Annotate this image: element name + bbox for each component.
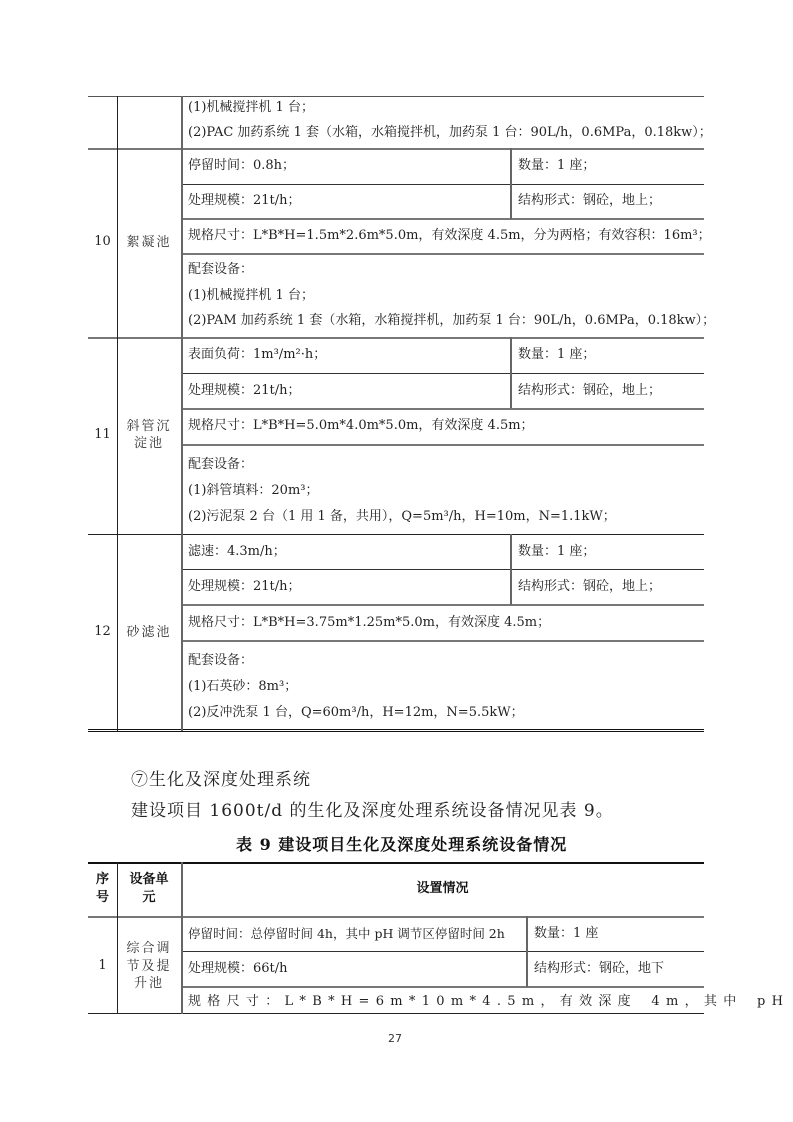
row-divider [181, 640, 704, 642]
row-divider [181, 218, 704, 220]
table-title: 表 9 建设项目生化及深度处理系统设备情况 [236, 832, 567, 855]
row-divider [181, 184, 704, 185]
equip-item: (2)污泥泵 2 台（1 用 1 备，共用），Q=5m³/h，H=10m，N=1… [188, 508, 616, 526]
equip-item: (1)机械搅拌机 1 台； [188, 287, 314, 305]
header-no-line2: 号 [88, 889, 117, 907]
quantity: 数量：1 座； [518, 346, 595, 364]
equip-item: (1)石英砂：8m³； [188, 678, 297, 696]
structure: 结构形式：钢砼，地上； [518, 578, 661, 596]
capacity: 处理规模：21t/h； [188, 382, 301, 400]
unit-name-line3: 升池 [117, 975, 181, 992]
unit-name-line1: 斜管沉 [117, 418, 181, 435]
capacity: 处理规模：21t/h； [188, 578, 301, 596]
equip-item: (1)斜管填料：20m³； [188, 482, 319, 500]
col-divider [510, 148, 512, 219]
section-paragraph: 建设项目 1600t/d 的生化及深度处理系统设备情况见表 9。 [131, 796, 614, 821]
row-number: 1 [88, 958, 117, 973]
spec: 规格尺寸：L*B*H=3.75m*1.25m*5.0m，有效深度 4.5m； [188, 614, 550, 632]
structure: 结构形式：钢砼，地上； [518, 382, 661, 400]
quantity: 数量：1 座； [518, 543, 595, 561]
spec: 规格尺寸：L*B*H=5.0m*4.0m*5.0m，有效深度 4.5m； [188, 417, 534, 435]
header-unit-line1: 设备单 [117, 871, 181, 889]
quantity: 数量：1 座 [534, 925, 598, 943]
equip-title: 配套设备： [188, 261, 253, 279]
row-number: 11 [88, 427, 117, 442]
equip-title: 配套设备： [188, 456, 253, 474]
equip-item: (2)PAC 加药系统 1 套（水箱，水箱搅拌机，加药泵 1 台：90L/h，0… [188, 124, 712, 142]
header-no-line1: 序 [88, 871, 117, 889]
row-divider [181, 569, 704, 570]
quantity: 数量：1 座； [518, 157, 595, 175]
surface-load: 表面负荷：1m³/m²·h； [188, 346, 326, 364]
row-number: 10 [88, 234, 117, 249]
row-divider [181, 604, 704, 606]
col-divider [510, 534, 512, 605]
filter-rate: 滤速：4.3m/h； [188, 543, 286, 561]
retention-time: 停留时间：0.8h； [188, 157, 295, 175]
unit-name: 砂滤池 [117, 624, 181, 641]
structure: 结构形式：钢砼，地上； [518, 192, 661, 210]
section-heading: ⑦生化及深度处理系统 [131, 765, 311, 790]
capacity: 处理规模：66t/h [188, 960, 288, 978]
capacity: 处理规模：21t/h； [188, 192, 301, 210]
spec: 规格尺寸：L*B*H=6m*10m*4.5m，有效深度 4m，其中 pH 调节区 [188, 993, 793, 1011]
header-unit-line2: 元 [117, 889, 181, 907]
row-divider [181, 986, 704, 988]
unit-name: 絮凝池 [117, 234, 181, 251]
retention-time: 停留时间：总停留时间 4h，其中 pH 调节区停留时间 2h [188, 925, 505, 943]
spec: 规格尺寸：L*B*H=1.5m*2.6m*5.0m，有效深度 4.5m，分为两格… [188, 227, 711, 245]
col-divider [526, 916, 528, 987]
row-divider [181, 444, 704, 446]
row-divider [181, 951, 704, 952]
row-divider [181, 373, 704, 374]
equip-item: (2)反冲洗泵 1 台，Q=60m³/h，H=12m，N=5.5kW； [188, 704, 524, 722]
page-number: 27 [388, 1032, 402, 1045]
unit-name-line1: 综合调 [117, 940, 181, 957]
equip-item: (1)机械搅拌机 1 台； [188, 99, 314, 117]
header-setting: 设置情况 [181, 880, 704, 898]
equip-title: 配套设备： [188, 652, 253, 670]
structure: 结构形式：钢砼，地下 [534, 960, 664, 978]
row-number: 12 [88, 624, 117, 639]
unit-name-line2: 淀池 [117, 435, 181, 452]
row-divider [181, 408, 704, 410]
col-divider [510, 337, 512, 408]
equip-item: (2)PAM 加药系统 1 套（水箱，水箱搅拌机，加药泵 1 台：90L/h，0… [188, 312, 715, 330]
unit-name-line2: 节及提 [117, 958, 181, 975]
row-divider [181, 253, 704, 255]
col-divider [181, 96, 183, 731]
